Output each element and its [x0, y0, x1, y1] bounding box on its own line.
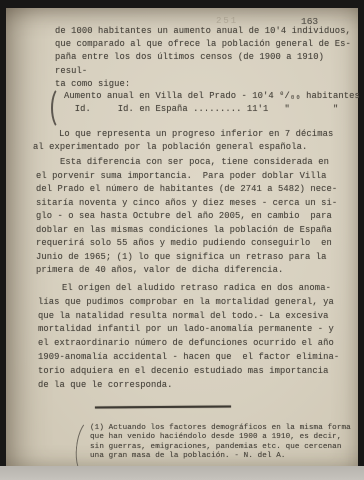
- paragraph-doubling-projection: Esta diferencia con ser poca, tiene cons…: [36, 156, 352, 278]
- rate-line-espana: Id. Id. en España ......... 11'1 " ": [64, 104, 338, 114]
- rate-comparison-block: Aumento anual en Villa del Prado - 10'4 …: [64, 90, 364, 116]
- document-page: 251 163 de 1000 habitantes un aumento an…: [6, 8, 358, 466]
- footnote-divider: [95, 406, 231, 409]
- footnote-text: (1) Actuando los factores demográficos e…: [90, 424, 352, 461]
- paragraph-intro: de 1000 habitantes un aumento anual de 1…: [55, 25, 355, 91]
- rate-line-villa-del-prado: Aumento anual en Villa del Prado - 10'4 …: [64, 91, 360, 101]
- scanner-background: [0, 466, 364, 480]
- paragraph-mortality-anomalies: El origen del aludido retraso radica en …: [38, 282, 354, 392]
- paragraph-progress-comparison: Lo que representa un progreso inferior e…: [33, 128, 345, 154]
